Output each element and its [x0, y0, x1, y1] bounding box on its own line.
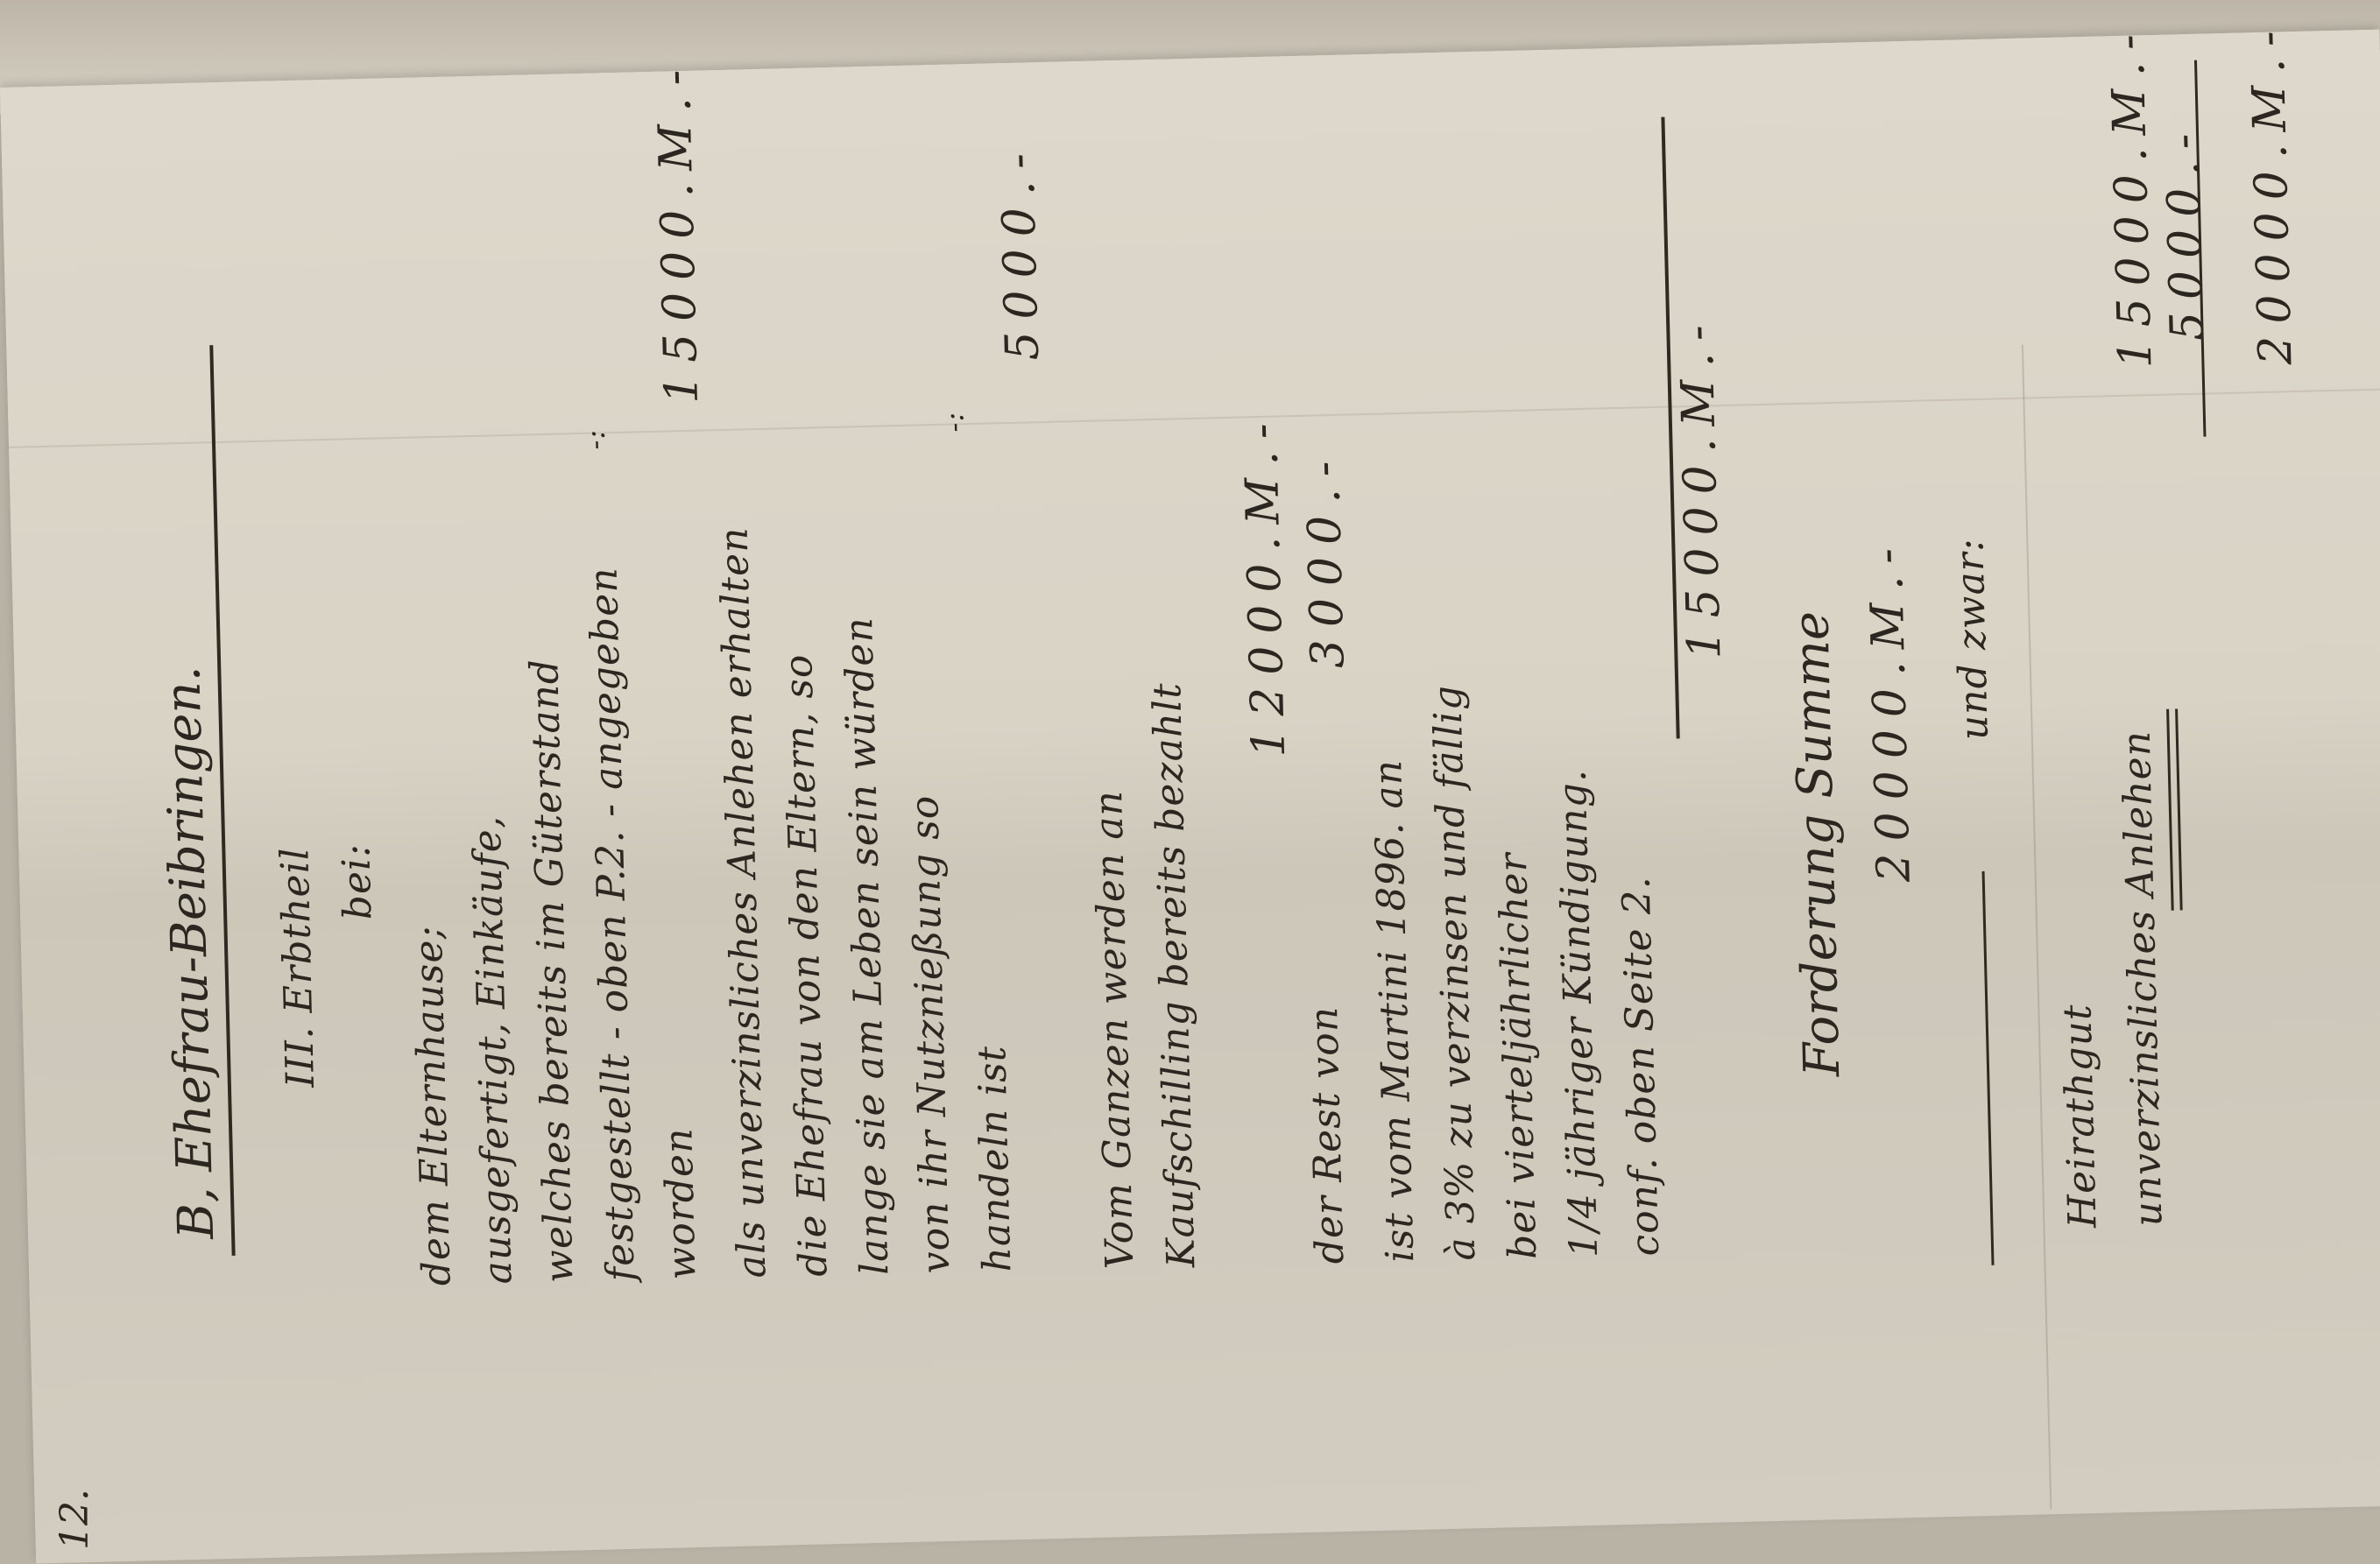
double-rule	[2166, 709, 2174, 911]
entry-line: ist vom Martini 1896. an	[1366, 759, 1423, 1263]
section-title: III. Erbtheil	[272, 847, 323, 1088]
summary-label: Forderung Summe	[1783, 610, 1851, 1077]
entry-line: ausgefertigt, Einkäufe,	[464, 815, 520, 1285]
breakdown-item-label: unverzinsliches Anlehen	[2115, 730, 2172, 1228]
entry-line: lange sie am Leben sein würden	[837, 616, 897, 1276]
entry-line: Vom Ganzen werden an	[1086, 790, 1142, 1270]
final-sum: 20000.M.-	[2242, 18, 2303, 366]
entry-line: welches bereits im Güterstand	[522, 658, 582, 1283]
entry-line: die Ehefrau von den Eltern, so	[776, 653, 836, 1277]
entry-amount: 5000.-	[992, 140, 1049, 361]
entry-line: à 3% zu verzinsen und fällig	[1425, 684, 1484, 1261]
summary-total: 20000.M.-	[1860, 536, 1921, 884]
entry-line: 1/4 jähriger Kündigung.	[1550, 769, 1607, 1258]
ledger-page: B, Ehefrau-Beibringen. III. Erbtheil bei…	[0, 30, 2380, 1564]
entry-line: Kaufschilling bereits bezahlt	[1145, 682, 1204, 1268]
entry-amount: 15000.M.-	[647, 57, 709, 405]
double-rule	[2175, 708, 2183, 910]
entry-line: worden	[656, 1127, 704, 1280]
entry-amount: 15000.M.-	[1670, 313, 1732, 660]
column-rule	[2022, 345, 2052, 1510]
heading: B, Ehefrau-Beibringen.	[154, 666, 225, 1240]
page-number: 12.	[53, 1489, 97, 1550]
breakdown-item-amount: 5000.-	[2157, 121, 2214, 342]
entry-amount: 3000.-	[1297, 448, 1355, 669]
entry-amount: 12000.M.-	[1234, 411, 1296, 758]
entry-line: von ihr Nutznießung so	[902, 794, 958, 1274]
entry-line: als unverzinsliches Anlehen erhalten	[712, 526, 775, 1279]
summary-rule	[1982, 871, 1995, 1265]
breakdown-item-amount: 15000.M.-	[2101, 22, 2163, 370]
entry-marker: -:	[578, 428, 612, 450]
entry-marker: -:	[936, 411, 971, 433]
breakdown-label: und zwar:	[1947, 538, 1997, 741]
entry-line: festgestellt - oben P.2. - angegeben	[582, 567, 644, 1282]
entry-line: dem Elternhause;	[406, 925, 460, 1286]
entry-line: handeln ist	[970, 1045, 1020, 1272]
section-sub: bei:	[334, 843, 380, 920]
entry-line: der Rest von	[1302, 1005, 1352, 1264]
entry-line: bei vierteljährlicher	[1491, 852, 1545, 1260]
entry-line: conf. oben Seite 2.	[1614, 876, 1669, 1257]
breakdown-item-label: Heirathgut	[2055, 1004, 2105, 1229]
